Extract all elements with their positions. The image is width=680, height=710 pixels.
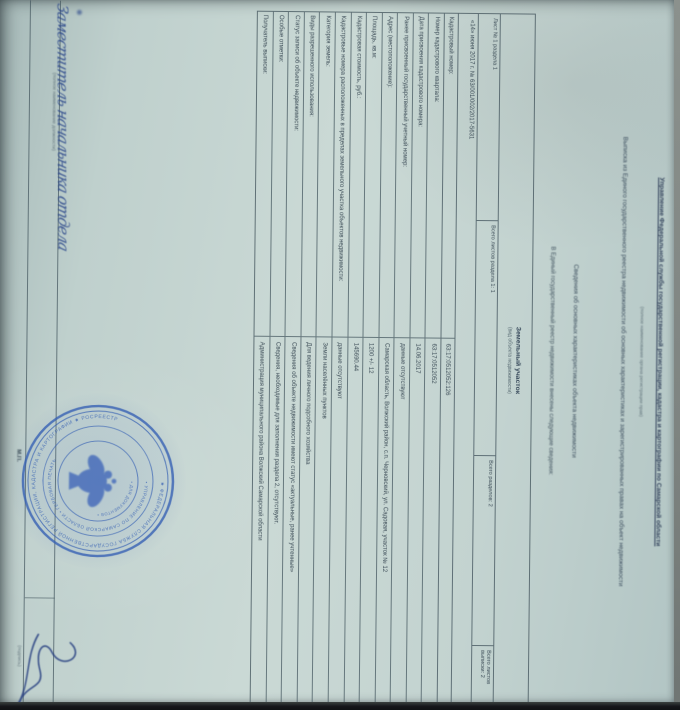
row-value: данные отсутствуют [395, 338, 405, 703]
intro-line: В Единый государственный реестр недвижим… [545, 6, 558, 703]
row-value: Сведения об объекте недвижимости имеют с… [286, 337, 296, 703]
row-value: Администрация муниципального района Волж… [255, 337, 265, 703]
authority-name: Управление Федеральной службы государств… [653, 152, 666, 572]
row-value: Земли населённых пунктов [317, 337, 327, 703]
photo-background-right-edge [673, 0, 680, 710]
position-caption: (полное наименование должности) [50, 73, 56, 151]
handwritten-signature [8, 630, 79, 703]
table-rows: Номер кадастрового квартала:63:17:051205… [251, 12, 444, 703]
row-value: Сведения, необходимые для заполнения раз… [271, 337, 281, 703]
handwritten-position: Заместитель начальника отдела [53, 2, 72, 368]
object-type-caption: (вид объекта недвижимости) [506, 327, 513, 394]
sheet-cell: Всего разделов: 2 [472, 456, 495, 646]
row-value: Самарская область, Волжский район, с.п. … [380, 338, 390, 703]
object-type: Земельный участок [514, 327, 522, 394]
ink-dot [77, 10, 82, 15]
stamp-eagle-emblem [69, 452, 117, 510]
authority-caption: (полное наименование органа регистрации … [637, 212, 645, 512]
sheet-cell: Лист № 1 раздела 1 [477, 14, 500, 221]
row-value: 14.06.2017 [411, 338, 421, 703]
egrn-table: Земельный участок (вид объекта недвижимо… [250, 11, 536, 703]
document-title: Выписка из Единого государственного реес… [614, 25, 631, 699]
cadastral-number-value: 63:17:0512052:126 [441, 339, 451, 703]
row-value: 1200 +/- 12 [364, 338, 374, 703]
row-value: Для ведения личного подсобного хозяйства [302, 337, 312, 703]
row-value: 63:17:0512052 [426, 339, 436, 703]
signature-rule-divider [25, 597, 55, 598]
rotated-document: Управление Федеральной службы государств… [0, 0, 674, 703]
row-value: данные отсутствуют [333, 338, 343, 703]
photo-of-document: Управление Федеральной службы государств… [0, 0, 680, 710]
document-subtitle: Сведения об основных характеристиках объ… [568, 6, 582, 703]
official-round-stamp: ★ ФЕДЕРАЛЬНАЯ СЛУЖБА ГОСУДАРСТВЕННОЙ РЕГ… [17, 400, 179, 562]
paper-sheet: Управление Федеральной службы государств… [0, 0, 674, 703]
object-type-row: Земельный участок (вид объекта недвижимо… [493, 14, 535, 703]
row-value: 145690.44 [348, 338, 358, 703]
sheet-cell: Всего листов выписки: 2 [472, 646, 494, 703]
photo-background-bottom-edge [0, 702, 680, 710]
sheet-cell: Всего листов раздела 1: 1 [474, 221, 497, 456]
